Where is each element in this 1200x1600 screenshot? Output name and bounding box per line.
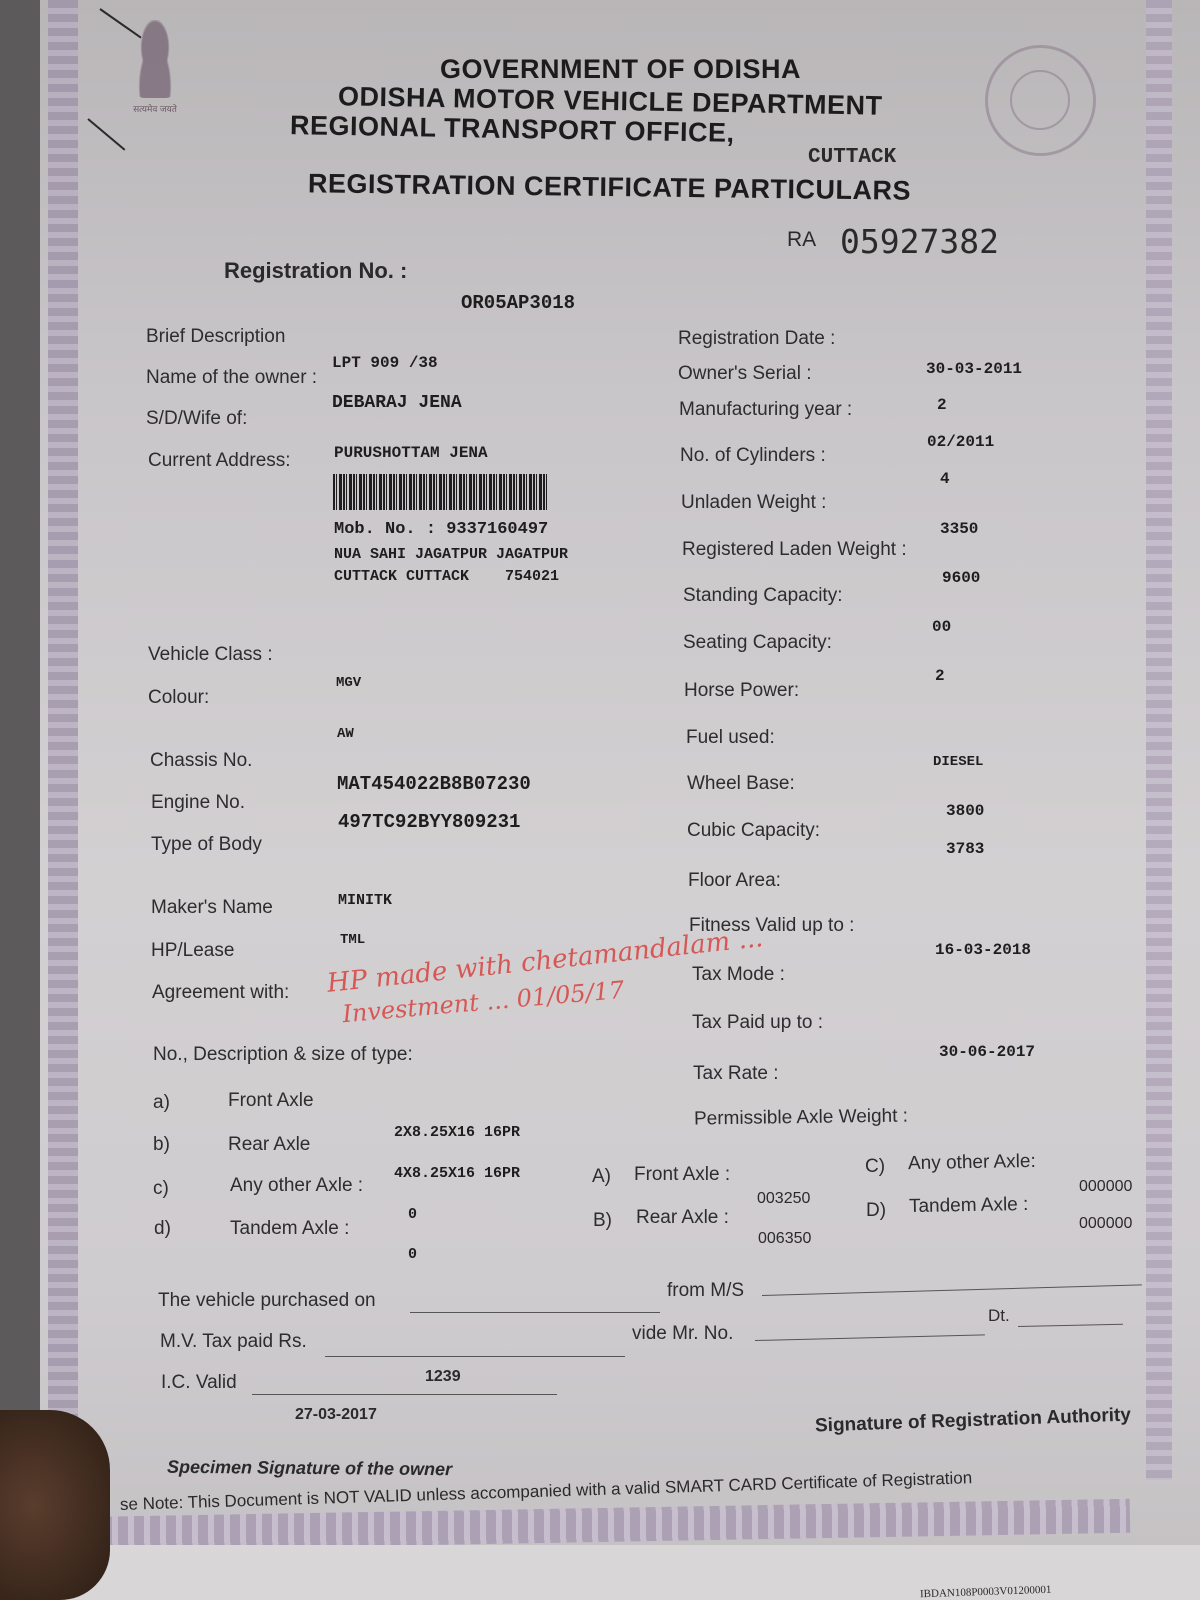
serial-number: 05927382 (840, 222, 999, 261)
seating-capacity-value: 2 (935, 667, 945, 685)
purchased-on-label: The vehicle purchased on (158, 1290, 376, 1312)
axle-tandem-value: 000000 (1079, 1215, 1132, 1233)
owner-name-label: Name of the owner : (146, 367, 317, 389)
cylinders-label: No. of Cylinders : (680, 445, 826, 467)
unladen-weight-label: Unladen Weight : (681, 492, 826, 514)
standing-capacity-label: Standing Capacity: (683, 585, 843, 607)
axle-front-value: 003250 (757, 1190, 810, 1208)
registration-no-value: OR05AP3018 (461, 292, 575, 314)
tyre-marker-c: c) (153, 1178, 169, 1200)
relation-label: S/D/Wife of: (146, 408, 247, 430)
brief-description-label: Brief Description (146, 326, 285, 348)
hp-lease-value: TML (340, 932, 365, 948)
axle-other-label: Any other Axle: (908, 1151, 1036, 1175)
colour-value: AW (337, 726, 354, 742)
tyre-tandem-axle-value: 0 (408, 1246, 417, 1263)
tyre-marker-a: a) (153, 1092, 170, 1114)
tax-mode-label: Tax Mode : (692, 964, 785, 986)
colour-label: Colour: (148, 687, 209, 709)
seating-capacity-label: Seating Capacity: (683, 632, 832, 654)
type-of-body-label: Type of Body (151, 834, 262, 856)
axle-weight-heading: Permissible Axle Weight : (694, 1106, 908, 1131)
tax-paid-rs-label: M.V. Tax paid Rs. (160, 1331, 307, 1353)
standing-capacity-value: 00 (932, 618, 951, 636)
mobile-number: Mob. No. : 9337160497 (334, 520, 548, 539)
axle-marker-d: D) (866, 1200, 886, 1222)
axle-rear-value: 006350 (758, 1230, 811, 1248)
cubic-capacity-value: 3783 (946, 840, 984, 858)
tax-paid-up-to-value: 30-06-2017 (939, 1043, 1035, 1061)
security-border-right (1146, 0, 1172, 1480)
tyre-rear-axle-value: 4X8.25X16 16PR (394, 1165, 520, 1182)
axle-marker-a: A) (592, 1166, 611, 1188)
address-label: Current Address: (148, 450, 291, 472)
vide-mr-no-label: vide Mr. No. (632, 1323, 733, 1345)
fuel-used-value: DIESEL (933, 754, 983, 770)
security-border-left (48, 0, 78, 1540)
laden-weight-value: 9600 (942, 569, 980, 587)
office-city: CUTTACK (808, 146, 896, 169)
tyre-other-axle-value: 0 (408, 1206, 417, 1223)
axle-rear-label: Rear Axle : (636, 1207, 729, 1229)
purchased-on-line (410, 1312, 660, 1313)
finger-holding-page (0, 1410, 110, 1600)
axle-marker-c: C) (865, 1156, 885, 1178)
owners-serial-value: 2 (937, 396, 947, 414)
address-line-1: NUA SAHI JAGATPUR JAGATPUR (334, 546, 568, 563)
tyre-marker-b: b) (153, 1134, 170, 1156)
ic-valid-date: 27-03-2017 (295, 1406, 377, 1424)
vehicle-class-value: MGV (336, 675, 361, 691)
address-line-2: CUTTACK CUTTACK 754021 (334, 568, 559, 585)
engine-no-value: 497TC92BYY809231 (338, 811, 520, 833)
axle-marker-b: B) (593, 1210, 612, 1232)
axle-tandem-label: Tandem Axle : (909, 1194, 1029, 1218)
vehicle-class-label: Vehicle Class : (148, 644, 273, 666)
owner-name-value: DEBARAJ JENA (332, 393, 462, 413)
engine-no-label: Engine No. (151, 792, 245, 814)
tyres-heading: No., Description & size of type: (153, 1044, 413, 1066)
registration-no-label: Registration No. : (224, 258, 407, 284)
axle-other-value: 000000 (1079, 1178, 1132, 1196)
from-ms-label: from M/S (667, 1280, 744, 1302)
fitness-valid-value: 16-03-2018 (935, 941, 1031, 959)
fuel-used-label: Fuel used: (686, 727, 775, 749)
tyre-other-axle-label: Any other Axle : (230, 1175, 363, 1197)
cylinders-value: 4 (940, 470, 950, 488)
tyre-tandem-axle-label: Tandem Axle : (230, 1218, 349, 1240)
axle-front-label: Front Axle : (634, 1164, 730, 1186)
wheel-base-label: Wheel Base: (687, 773, 795, 795)
chassis-no-value: MAT454022B8B07230 (337, 773, 531, 795)
dt-label: Dt. (988, 1306, 1010, 1326)
address-barcode (333, 474, 549, 510)
registration-date-label: Registration Date : (678, 328, 835, 350)
header-line-1: GOVERNMENT OF ODISHA (440, 54, 801, 85)
manufacturing-year-value: 02/2011 (927, 433, 994, 451)
tyre-rear-axle-label: Rear Axle (228, 1134, 310, 1156)
manufacturing-year-label: Manufacturing year : (679, 399, 852, 421)
owner-specimen-signature-label: Specimen Signature of the owner (167, 1457, 452, 1480)
wheel-base-value: 3800 (946, 802, 984, 820)
agreement-with-label: Agreement with: (152, 982, 289, 1004)
registration-date-value: 30-03-2011 (926, 360, 1022, 378)
relation-value: PURUSHOTTAM JENA (334, 444, 488, 462)
serial-prefix: RA (787, 228, 816, 252)
national-emblem-icon: सत्यमेव जयते (120, 20, 190, 130)
chassis-no-label: Chassis No. (150, 750, 252, 772)
ic-valid-number: 1239 (425, 1368, 461, 1386)
tax-paid-rs-line (325, 1356, 625, 1357)
hp-lease-label: HP/Lease (151, 940, 234, 962)
laden-weight-label: Registered Laden Weight : (682, 539, 907, 561)
tax-rate-label: Tax Rate : (693, 1063, 779, 1085)
makers-name-label: Maker's Name (151, 897, 273, 919)
ic-valid-line (252, 1394, 557, 1395)
ic-valid-label: I.C. Valid (161, 1372, 237, 1394)
owners-serial-label: Owner's Serial : (678, 363, 812, 385)
makers-name-value: MINITK (338, 892, 392, 909)
horse-power-label: Horse Power: (684, 680, 799, 702)
fitness-valid-label: Fitness Valid up to : (689, 915, 854, 937)
emblem-caption: सत्यमेव जयते (120, 102, 190, 115)
tyre-front-axle-label: Front Axle (228, 1090, 314, 1112)
tax-paid-up-to-label: Tax Paid up to : (692, 1012, 823, 1034)
odisha-seal-icon (985, 45, 1096, 156)
floor-area-label: Floor Area: (688, 870, 781, 892)
unladen-weight-value: 3350 (940, 520, 978, 538)
brief-description-value: LPT 909 /38 (332, 354, 438, 372)
tyre-front-axle-value: 2X8.25X16 16PR (394, 1124, 520, 1141)
cubic-capacity-label: Cubic Capacity: (687, 820, 820, 842)
tyre-marker-d: d) (154, 1218, 171, 1240)
